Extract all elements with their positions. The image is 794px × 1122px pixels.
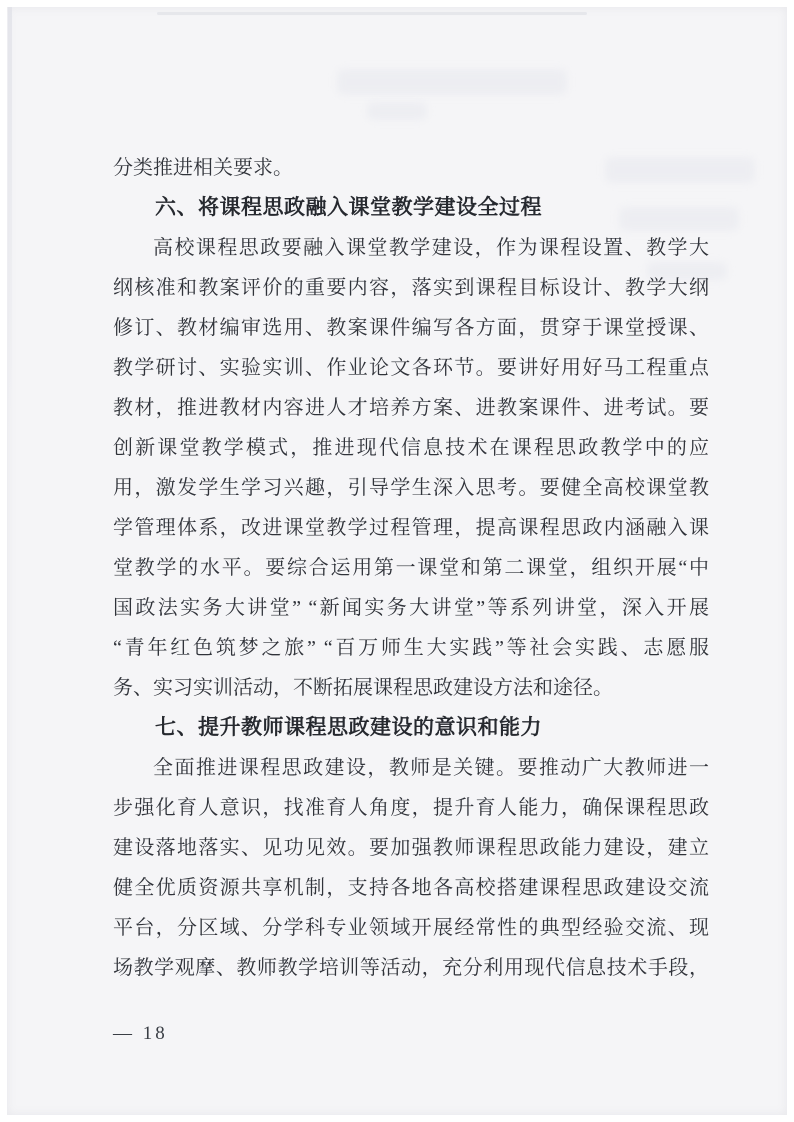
- document-body: 分类推进相关要求。 六、将课程思政融入课堂教学建设全过程 高校课程思政要融入课堂…: [113, 148, 709, 988]
- bleed-through-artifact: [337, 69, 567, 95]
- body-text-line: 创新课堂教学模式，推进现代信息技术在课程思政教学中的应: [113, 428, 709, 468]
- body-text-line: 健全优质资源共享机制，支持各地各高校搭建课程思政建设交流: [113, 868, 709, 908]
- body-text-line: 建设落地落实、见功见效。要加强教师课程思政能力建设，建立: [113, 828, 709, 868]
- scanned-page: 分类推进相关要求。 六、将课程思政融入课堂教学建设全过程 高校课程思政要融入课堂…: [7, 7, 787, 1115]
- body-text-line: 教学研讨、实验实训、作业论文各环节。要讲好用好马工程重点: [113, 348, 709, 388]
- section-heading-6: 六、将课程思政融入课堂教学建设全过程: [113, 188, 709, 228]
- body-text-line: 教材，推进教材内容进人才培养方案、进教案课件、进考试。要: [113, 388, 709, 428]
- body-text-line: 国政法实务大讲堂” “新闻实务大讲堂”等系列讲堂，深入开展: [113, 588, 709, 628]
- section-heading-7: 七、提升教师课程思政建设的意识和能力: [113, 708, 709, 748]
- scan-edge-artifact: [157, 12, 587, 15]
- body-text-line: “青年红色筑梦之旅” “百万师生大实践”等社会实践、志愿服: [113, 628, 709, 668]
- body-text-line: 学管理体系，改进课堂教学过程管理，提高课程思政内涵融入课: [113, 508, 709, 548]
- bleed-through-artifact: [367, 102, 427, 120]
- body-text-line: 用，激发学生学习兴趣，引导学生深入思考。要健全高校课堂教: [113, 468, 709, 508]
- footer-page-number: — 18: [113, 1023, 168, 1045]
- body-text-line: 步强化育人意识，找准育人角度，提升育人能力，确保课程思政: [113, 788, 709, 828]
- body-text-line: 全面推进课程思政建设，教师是关键。要推动广大教师进一: [113, 748, 709, 788]
- body-text-line: 堂教学的水平。要综合运用第一课堂和第二课堂，组织开展“中: [113, 548, 709, 588]
- body-text-line: 场教学观摩、教师教学培训等活动，充分利用现代信息技术手段，: [113, 948, 709, 988]
- scan-edge-artifact: [8, 7, 12, 427]
- body-text-line: 高校课程思政要融入课堂教学建设，作为课程设置、教学大: [113, 228, 709, 268]
- body-text-line: 平台，分区域、分学科专业领域开展经常性的典型经验交流、现: [113, 908, 709, 948]
- body-text-line: 纲核准和教案评价的重要内容，落实到课程目标设计、教学大纲: [113, 268, 709, 308]
- body-text-line: 修订、教材编审选用、教案课件编写各方面，贯穿于课堂授课、: [113, 308, 709, 348]
- body-text-line: 务、实习实训活动，不断拓展课程思政建设方法和途径。: [113, 668, 709, 708]
- paragraph-continuation-line: 分类推进相关要求。: [113, 148, 709, 188]
